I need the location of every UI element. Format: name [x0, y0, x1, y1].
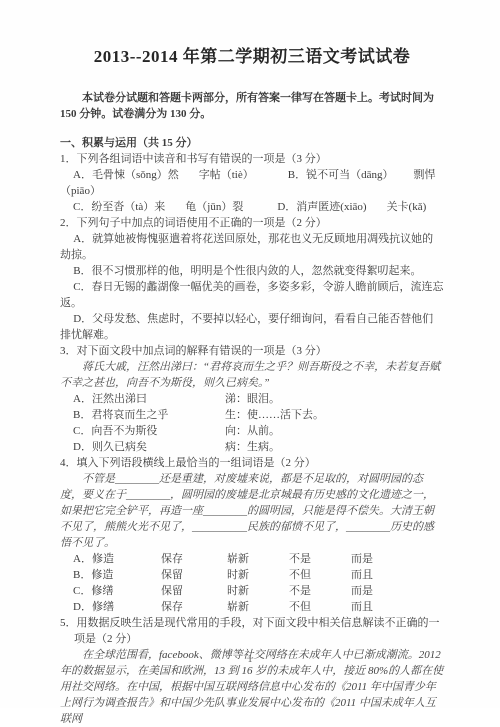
- q4-option-d-word-4: 不但: [289, 599, 351, 615]
- q2-option-a: A．就算她被悔愧驱遣着将花送回原处，那花也义无反顾地用凋残抗议她的劫掠。: [60, 231, 444, 263]
- q3-stem: 3．对下面文段中加点词的解释有错误的一项是（3 分）: [60, 343, 444, 359]
- q1-word-piao-pinyin: （piāo）: [60, 185, 101, 197]
- q3-option-c-phrase: C．向吾不为斯役: [73, 423, 225, 439]
- q4-passage: 不管是________还是重建，对废墟来说，都是不足取的，对圆明园的态度，要义在…: [60, 471, 444, 551]
- q1-word-guanka: 关卡(kǎ): [387, 201, 427, 213]
- q3-option-b-phrase: B．君将哀而生之乎: [73, 407, 225, 423]
- q4-option-a-word-3: 崭新: [227, 551, 289, 567]
- q3-option-c-definition: 向：从前。: [225, 423, 444, 439]
- q5-stem: 5．用数据反映生活是现代常用的手段，对下面文段中相关信息解读不正确的一项是（2 …: [60, 615, 444, 647]
- q4-option-d-row: D．修缮 保存 崭新 不但 而且: [60, 599, 444, 615]
- q4-option-b-word-5: 而且: [351, 567, 444, 583]
- q4-option-d-word-5: 而且: [351, 599, 444, 615]
- q1-options-row-1: A．毛骨悚（sǒng）然字帖（tiè）B．锐不可当（dāng）剽悍: [60, 167, 444, 183]
- exam-intro: 本试卷分试题和答题卡两部分，所有答案一律写在答题卡上。考试时间为 150 分钟。…: [60, 90, 444, 122]
- q2-stem: 2．下列句子中加点的词语使用不正确的一项是（2 分）: [60, 215, 444, 231]
- q1-option-b: B．锐不可当（dāng）: [288, 169, 394, 181]
- q4-option-a-word-1: A．修造: [73, 551, 161, 567]
- q1-stem: 1．下列各组词语中读音和书写有错误的一项是（3 分）: [60, 151, 444, 167]
- q3-option-d-phrase: D．则久已病矣: [73, 439, 225, 455]
- q3-option-a-definition: 涕：眼泪。: [225, 391, 444, 407]
- q4-option-b-word-4: 不但: [289, 567, 351, 583]
- q3-option-a-row: A．汪然出涕曰 涕：眼泪。: [60, 391, 444, 407]
- q3-option-b-definition: 生：使……活下去。: [225, 407, 444, 423]
- q1-option-c: C．纷至沓（tà）来: [73, 201, 165, 213]
- q4-option-b-row: B．修造 保留 时新 不但 而且: [60, 567, 444, 583]
- q4-option-a-word-5: 而是: [351, 551, 444, 567]
- exam-paper-page: 2013--2014 年第二学期初三语文考试试卷 本试卷分试题和答题卡两部分，所…: [0, 0, 500, 708]
- q3-option-b-row: B．君将哀而生之乎 生：使……活下去。: [60, 407, 444, 423]
- q1-options-row-3: C．纷至沓（tà）来龟（jūn）裂D．消声匿迹(xiāo)关卡(kǎ): [60, 199, 444, 215]
- q4-option-c-row: C．修缮 保留 时新 不是 而是: [60, 583, 444, 599]
- q3-option-c-row: C．向吾不为斯役 向：从前。: [60, 423, 444, 439]
- q1-option-d: D．消声匿迹(xiāo): [277, 201, 366, 213]
- q1-word-junlie: 龟（jūn）裂: [185, 201, 243, 213]
- q4-option-c-word-1: C．修缮: [73, 583, 161, 599]
- q1-option-a: A．毛骨悚（sǒng）然: [73, 169, 179, 181]
- q3-passage: 蒋氏大戚，汪然出涕曰：“君将哀而生之乎？则吾斯役之不幸，未若复吾赋不幸之甚也，向…: [60, 359, 444, 391]
- q3-option-d-definition: 病：生病。: [225, 439, 444, 455]
- q3-option-d-row: D．则久已病矣 病：生病。: [60, 439, 444, 455]
- section-heading: 一、积累与运用（共 15 分）: [60, 135, 444, 151]
- q4-option-d-word-2: 保存: [161, 599, 227, 615]
- q4-option-b-word-1: B．修造: [73, 567, 161, 583]
- q4-option-a-word-4: 不是: [289, 551, 351, 567]
- q4-option-c-word-2: 保留: [161, 583, 227, 599]
- q4-option-d-word-3: 崭新: [227, 599, 289, 615]
- q4-option-d-word-1: D．修缮: [73, 599, 161, 615]
- q2-option-c: C．春日无锡的蠡湖像一幅优美的画卷，多姿多彩，令游人瞻前顾后，流连忘返。: [60, 279, 444, 311]
- q1-options-row-2: （piāo）: [60, 183, 444, 199]
- q1-word-zitie: 字帖（tiè）: [199, 169, 254, 181]
- q4-option-c-word-4: 不是: [289, 583, 351, 599]
- q4-option-b-word-3: 时新: [227, 567, 289, 583]
- q4-option-b-word-2: 保留: [161, 567, 227, 583]
- q2-option-d: D．父母发愁、焦虑时，不要掉以轻心，要仔细询问，看看自己能否替他们排忧解难。: [60, 311, 444, 343]
- q4-option-a-row: A．修造 保存 崭新 不是 而是: [60, 551, 444, 567]
- q4-option-c-word-3: 时新: [227, 583, 289, 599]
- q4-stem: 4．填入下列语段横线上最恰当的一组词语是（2 分）: [60, 455, 444, 471]
- q4-option-c-word-5: 而是: [351, 583, 444, 599]
- q2-option-b: B．很不习惯那样的他，明明是个性很内敛的人，忽然就变得絮叨起来。: [60, 263, 444, 279]
- q3-option-a-phrase: A．汪然出涕曰: [73, 391, 225, 407]
- q4-option-a-word-2: 保存: [161, 551, 227, 567]
- page-number: 1: [0, 652, 500, 668]
- exam-title: 2013--2014 年第二学期初三语文考试试卷: [60, 46, 444, 68]
- q1-word-piaohan: 剽悍: [413, 169, 435, 181]
